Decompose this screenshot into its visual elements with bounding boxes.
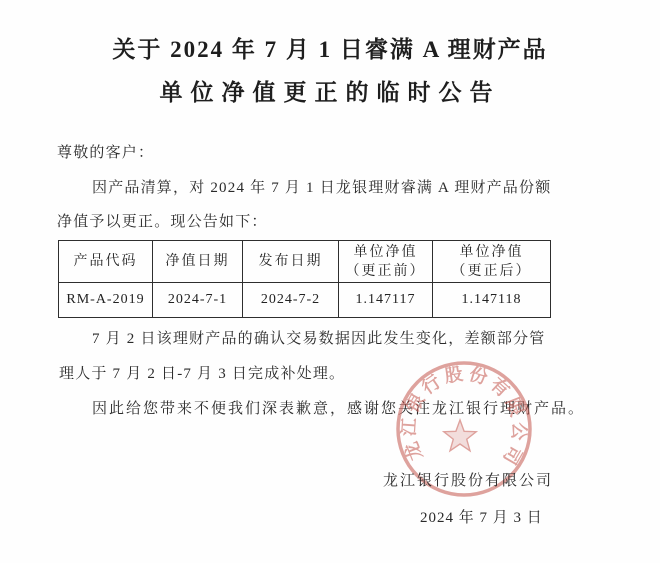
header-nav-date: 净值日期 [153,241,243,283]
paragraph2-line2: 理人于 7 月 2 日-7 月 3 日完成补处理。 [59,362,345,383]
salutation: 尊敬的客户： [57,141,154,162]
document-title-line2: 单位净值更正的临时公告 [0,74,660,107]
cell-publish-date: 2024-7-2 [243,283,339,318]
correction-table: 产品代码 净值日期 发布日期 单位净值 （更正前） 单位净值 （更正后） RM-… [58,240,551,318]
scanned-document-page: 关于 2024 年 7 月 1 日睿满 A 理财产品 单位净值更正的临时公告 尊… [0,0,660,563]
header-nav-after: 单位净值 （更正后） [433,241,551,283]
document-title-line1: 关于 2024 年 7 月 1 日睿满 A 理财产品 [0,31,660,64]
cell-product-code: RM-A-2019 [59,283,153,318]
paragraph3: 因此给您带来不便我们深表歉意，感谢您关注龙江银行理财产品。 [92,397,585,418]
signature-date: 2024 年 7 月 3 日 [420,506,543,527]
paragraph1-line1: 因产品清算，对 2024 年 7 月 1 日龙银理财睿满 A 理财产品份额 [92,176,551,197]
paragraph1-line2: 净值予以更正。现公告如下： [57,210,268,231]
paragraph2-line1: 7 月 2 日该理财产品的确认交易数据因此发生变化，差额部分管 [92,327,545,348]
cell-nav-date: 2024-7-1 [153,283,243,318]
table-data-row: RM-A-2019 2024-7-1 2024-7-2 1.147117 1.1… [59,283,551,318]
header-nav-before: 单位净值 （更正前） [339,241,433,283]
star-icon [444,420,476,451]
cell-nav-after: 1.147118 [433,283,551,318]
table-header-row: 产品代码 净值日期 发布日期 单位净值 （更正前） 单位净值 （更正后） [59,241,551,283]
cell-nav-before: 1.147117 [339,283,433,318]
header-publish-date: 发布日期 [243,241,339,283]
header-product-code: 产品代码 [59,241,153,283]
signature-company: 龙江银行股份有限公司 [383,469,553,490]
